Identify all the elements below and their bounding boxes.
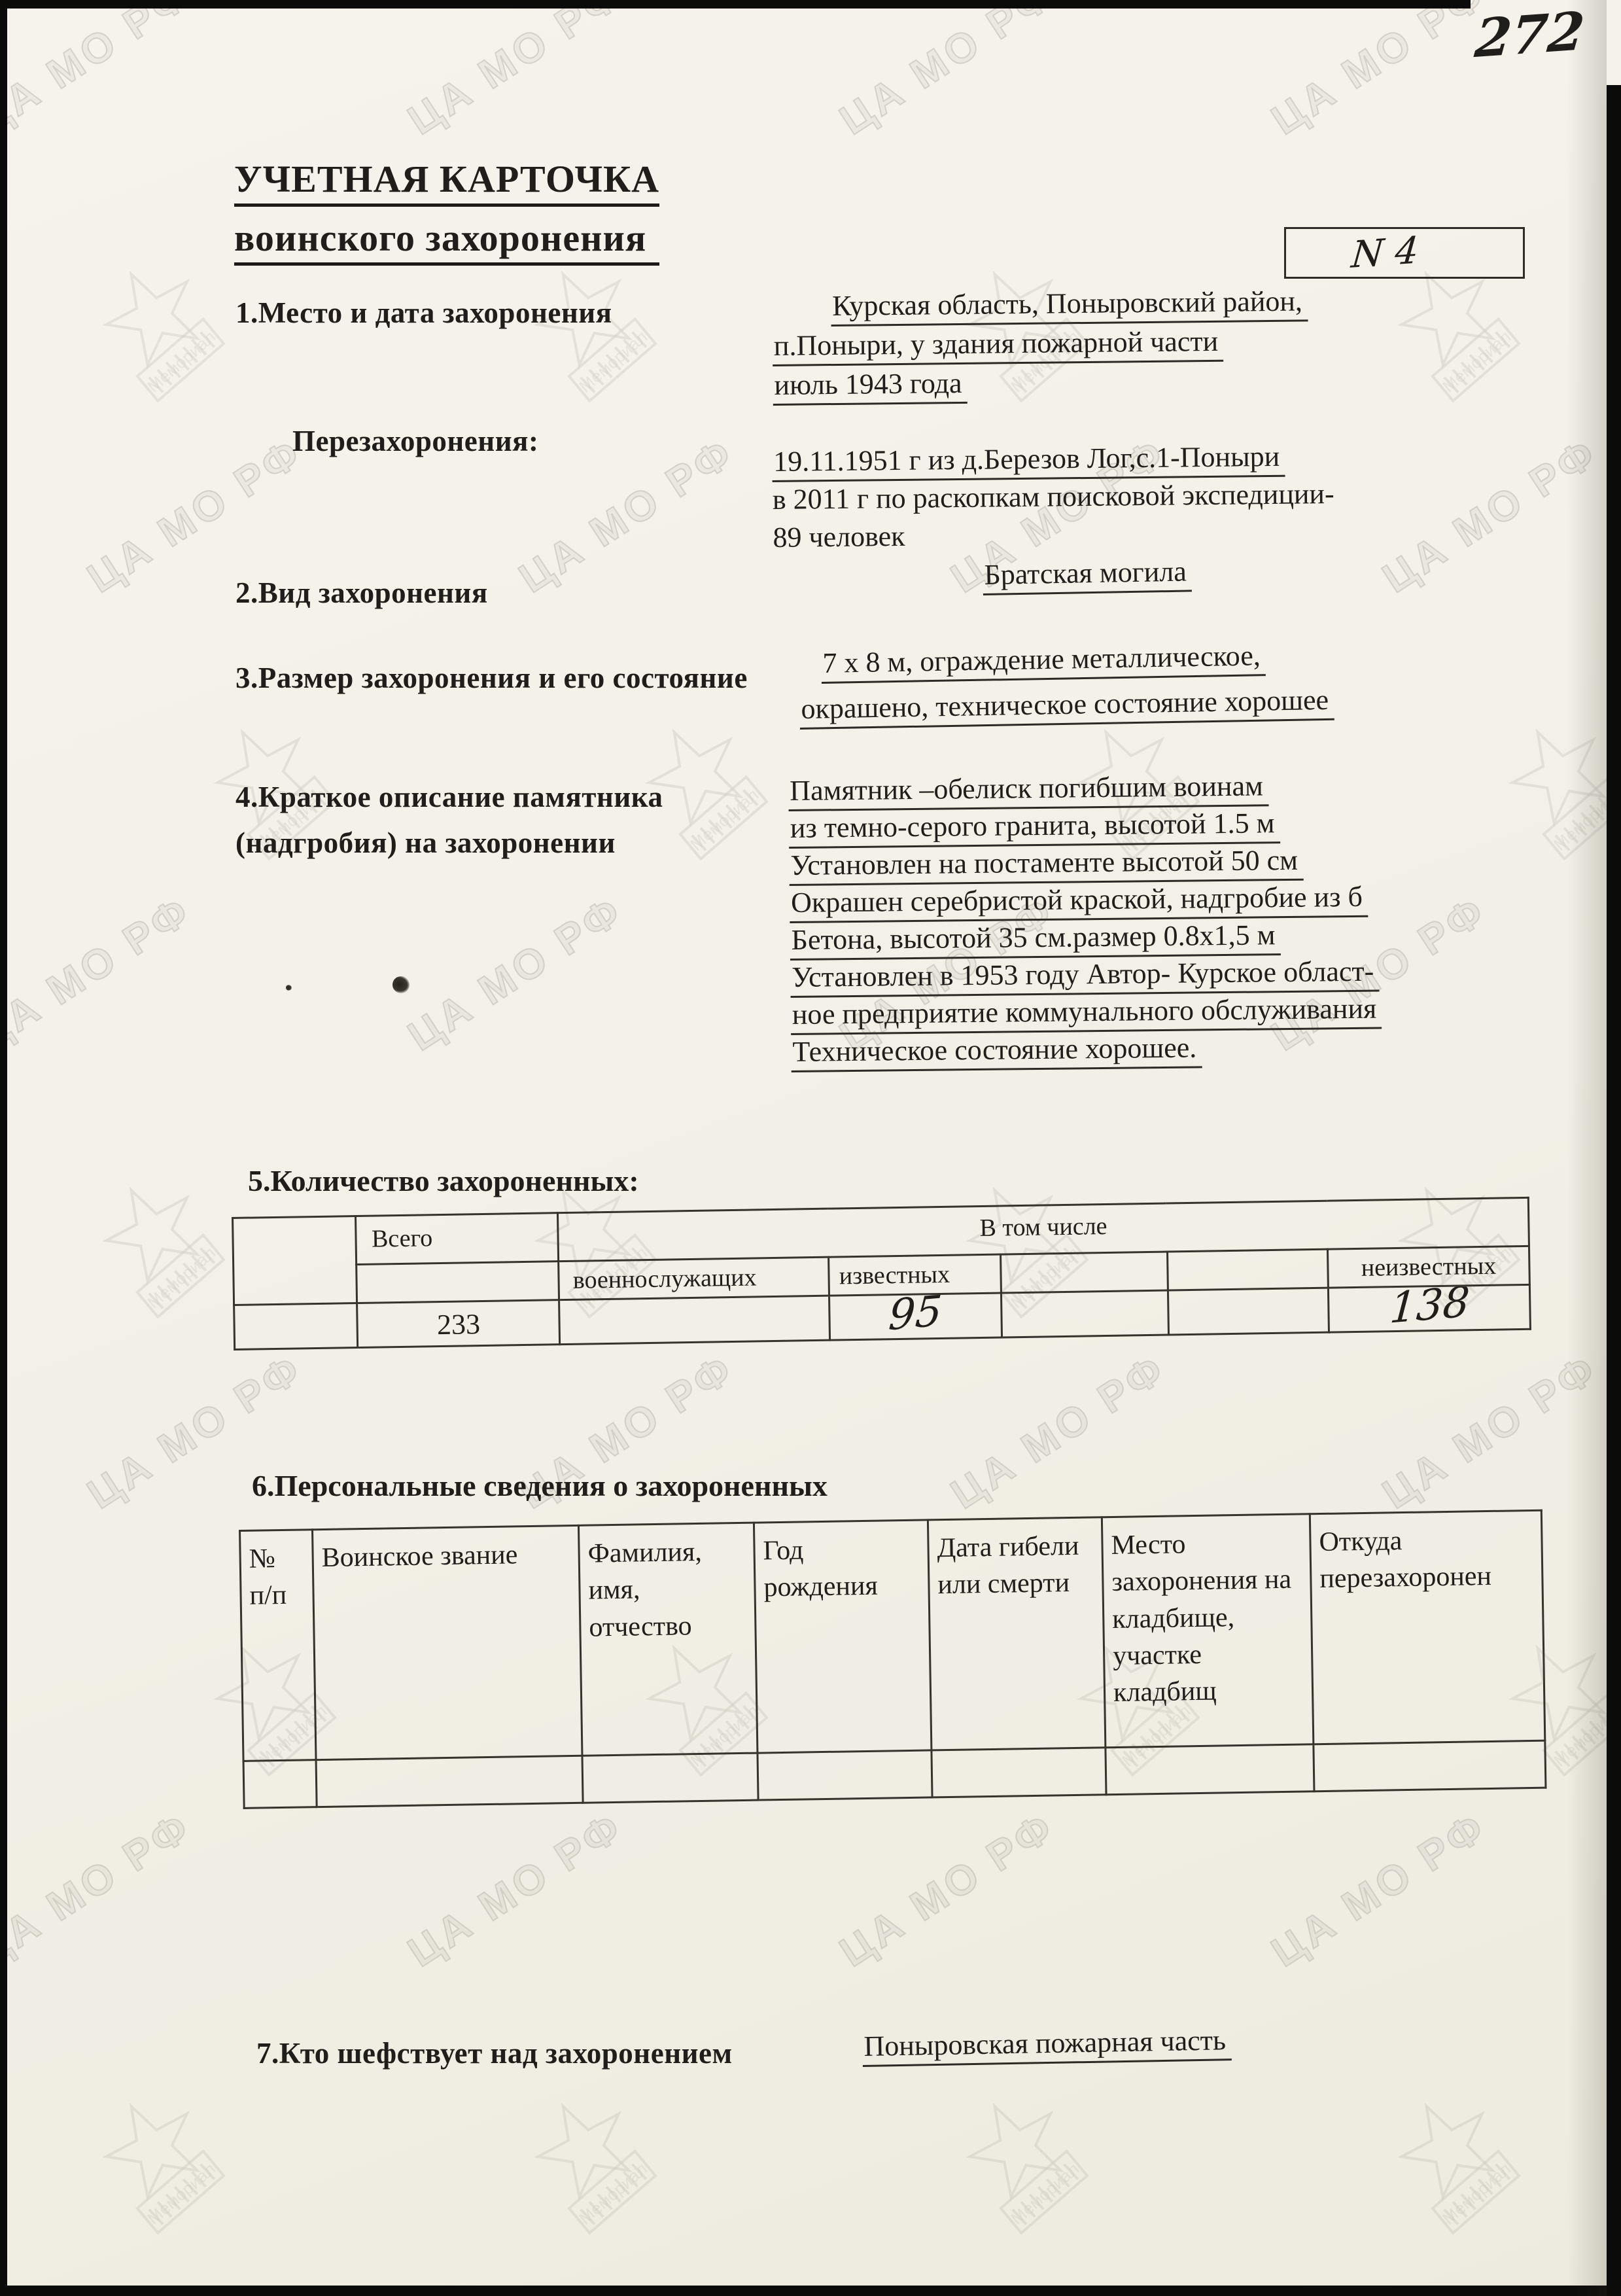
title-line-1: УЧЕТНАЯ КАРТОЧКА: [234, 157, 659, 207]
ink-dot: [286, 985, 292, 991]
t5-corner-cell: [233, 1216, 358, 1305]
memorial-stamp-watermark: Мемориал: [74, 2072, 247, 2249]
svg-text:Мемориал: Мемориал: [1438, 327, 1514, 396]
t5-military-value: [559, 1296, 830, 1344]
section7-label: 7.Кто шефствует над захоронением: [256, 2036, 733, 2070]
archive-watermark-text: ЦА МО РФ: [0, 886, 200, 1061]
archive-watermark-text: ЦА МО РФ: [831, 1802, 1064, 1977]
t6-header-number: № п/п: [240, 1530, 317, 1761]
t5-known-value: 95: [829, 1293, 1002, 1340]
svg-text:Мемориал: Мемориал: [1007, 2159, 1083, 2228]
monument-line3: Установлен на постаменте высотой 50 см: [789, 843, 1303, 886]
svg-text:Мемориал: Мемориал: [143, 1243, 219, 1312]
reburial-label: Перезахоронения:: [292, 424, 538, 458]
reburial-line1: 19.11.1951 г из д.Березов Лог,с.1-Поныри: [772, 440, 1285, 482]
memorial-stamp-watermark: Мемориал: [74, 240, 247, 417]
t5-sub-unknown: неизвестных: [1328, 1246, 1530, 1288]
section1-values: Курская область, Поныровский район, п.По…: [772, 284, 1309, 408]
t5-sub-empty2: [1167, 1249, 1329, 1290]
section4-label-line2: (надгробия) на захоронении: [235, 826, 616, 860]
scan-shadow: [1567, 0, 1607, 2296]
t6-empty-row-cell: [243, 1760, 317, 1809]
monument-line1: Памятник –обелиск погибшим воинам: [788, 769, 1268, 811]
svg-text:Мемориал: Мемориал: [686, 785, 762, 854]
t5-sub-empty1: [1000, 1252, 1168, 1293]
scan-edge-top: [0, 0, 1471, 9]
card-number-value: N 4: [1350, 229, 1420, 277]
monument-line6: Установлен в 1953 году Автор- Курское об…: [790, 955, 1380, 998]
svg-text:Мемориал: Мемориал: [1438, 2159, 1514, 2228]
section4-label-line1: 4.Краткое описание памятника: [235, 780, 663, 814]
scan-edge-right: [1607, 85, 1621, 2296]
burial-date: июль 1943 года: [773, 366, 967, 406]
reburial-values: 19.11.1951 г из д.Березов Лог,с.1-Поныри…: [772, 439, 1335, 559]
memorial-stamp-watermark: Мемориал: [74, 1156, 247, 1333]
section1-label: 1.Место и дата захоронения: [235, 296, 612, 330]
t5-unknown-value: 138: [1329, 1284, 1531, 1332]
archive-watermark-text: ЦА МО РФ: [0, 0, 200, 144]
t5-sub-known: известных: [829, 1254, 1002, 1296]
burial-place-line1: Курская область, Поныровский район,: [831, 284, 1308, 327]
t6-header-birth-year: Год рождения: [754, 1520, 931, 1753]
t5-total-header: Всего: [356, 1213, 559, 1265]
t5-empty-value1: [1001, 1290, 1168, 1337]
section3-label: 3.Размер захоронения и его состояние: [235, 661, 748, 695]
corner-page-number: 272: [1473, 0, 1587, 69]
svg-text:Мемориал: Мемориал: [575, 2159, 651, 2228]
caretaker-value: Поныровская пожарная часть: [862, 2023, 1232, 2067]
section6-label: 6.Персональные сведения о захороненных: [252, 1468, 828, 1503]
reburial-line3: 89 человек: [773, 515, 1334, 559]
monument-line5: Бетона, высотой 35 см.размер 0.8х1,5 м: [790, 918, 1280, 961]
archive-watermark-text: ЦА МО РФ: [942, 1344, 1175, 1519]
t5-data-corner: [234, 1303, 358, 1349]
t6-header-reburied-from: Откуда перезахоронен: [1310, 1510, 1544, 1744]
memorial-stamp-watermark: Мемориал: [506, 2072, 678, 2249]
t5-total-value: 233: [357, 1300, 560, 1348]
title-line-2: воинского захоронения: [234, 216, 659, 266]
archive-watermark-text: ЦА МО РФ: [399, 1802, 632, 1977]
page-title: УЧЕТНАЯ КАРТОЧКА воинского захоронения: [234, 157, 659, 266]
monument-line8: Техническое состояние хорошее.: [791, 1031, 1202, 1072]
archive-watermark-text: ЦА МО РФ: [1263, 0, 1495, 144]
burial-registration-card-scan: ЦА МО РФМемориалЦА МО РФМемориалЦА МО РФ…: [0, 0, 1621, 2296]
card-number-box: N 4: [1284, 227, 1525, 279]
t5-sub-military: военнослужащих: [559, 1257, 829, 1299]
t5-empty-value2: [1168, 1288, 1329, 1335]
section5-label: 5.Количество захороненных:: [248, 1163, 639, 1198]
archive-watermark-text: ЦА МО РФ: [0, 1802, 200, 1977]
burial-type-value: Братская могила: [983, 554, 1192, 595]
archive-watermark-text: ЦА МО РФ: [399, 886, 632, 1061]
ink-blot: [391, 974, 412, 996]
t5-total-sub: [357, 1262, 559, 1303]
burial-count-table: Всего В том числе военнослужащих известн…: [232, 1197, 1531, 1351]
monument-line7: ное предприятие коммунального обслуживан…: [791, 992, 1382, 1035]
personal-records-table: № п/п Воинское звание Фамилия, имя, отче…: [239, 1510, 1546, 1809]
archive-watermark-text: ЦА МО РФ: [1263, 1802, 1495, 1977]
svg-text:Мемориал: Мемориал: [143, 2159, 219, 2228]
t6-header-name: Фамилия, имя, отчество: [578, 1523, 757, 1756]
reburial-line2: в 2011 г по раскопкам поисковой экспедиц…: [773, 477, 1334, 521]
section2-label: 2.Вид захоронения: [235, 576, 488, 610]
svg-text:Мемориал: Мемориал: [143, 327, 219, 396]
t6-header-grave-place: Место захоронения на кладбище, участке к…: [1102, 1514, 1313, 1748]
archive-watermark-text: ЦА МО РФ: [831, 0, 1064, 144]
scan-edge-left: [0, 0, 7, 2296]
t6-header-death-date: Дата гибели или смерти: [928, 1517, 1105, 1750]
monument-line2: из темно-серого гранита, высотой 1.5 м: [789, 806, 1280, 849]
scan-edge-bottom: [0, 2286, 1621, 2296]
archive-watermark-text: ЦА МО РФ: [399, 0, 632, 144]
burial-size-line1: 7 х 8 м, ограждение металлическое,: [821, 639, 1266, 684]
archive-watermark-text: ЦА МО РФ: [510, 428, 743, 603]
memorial-stamp-watermark: Мемориал: [937, 2072, 1110, 2249]
burial-size-line2: окрашено, техническое состояние хорошее: [799, 683, 1334, 730]
monument-description: Памятник –обелиск погибшим воинам из тем…: [788, 768, 1382, 1072]
svg-text:Мемориал: Мемориал: [575, 327, 651, 396]
t6-header-rank: Воинское звание: [313, 1525, 582, 1759]
monument-line4: Окрашен серебристой краской, надгробие и…: [790, 880, 1368, 923]
burial-place-line2: п.Поныри, у здания пожарной части: [773, 325, 1224, 366]
memorial-stamp-watermark: Мемориал: [1369, 2072, 1542, 2249]
